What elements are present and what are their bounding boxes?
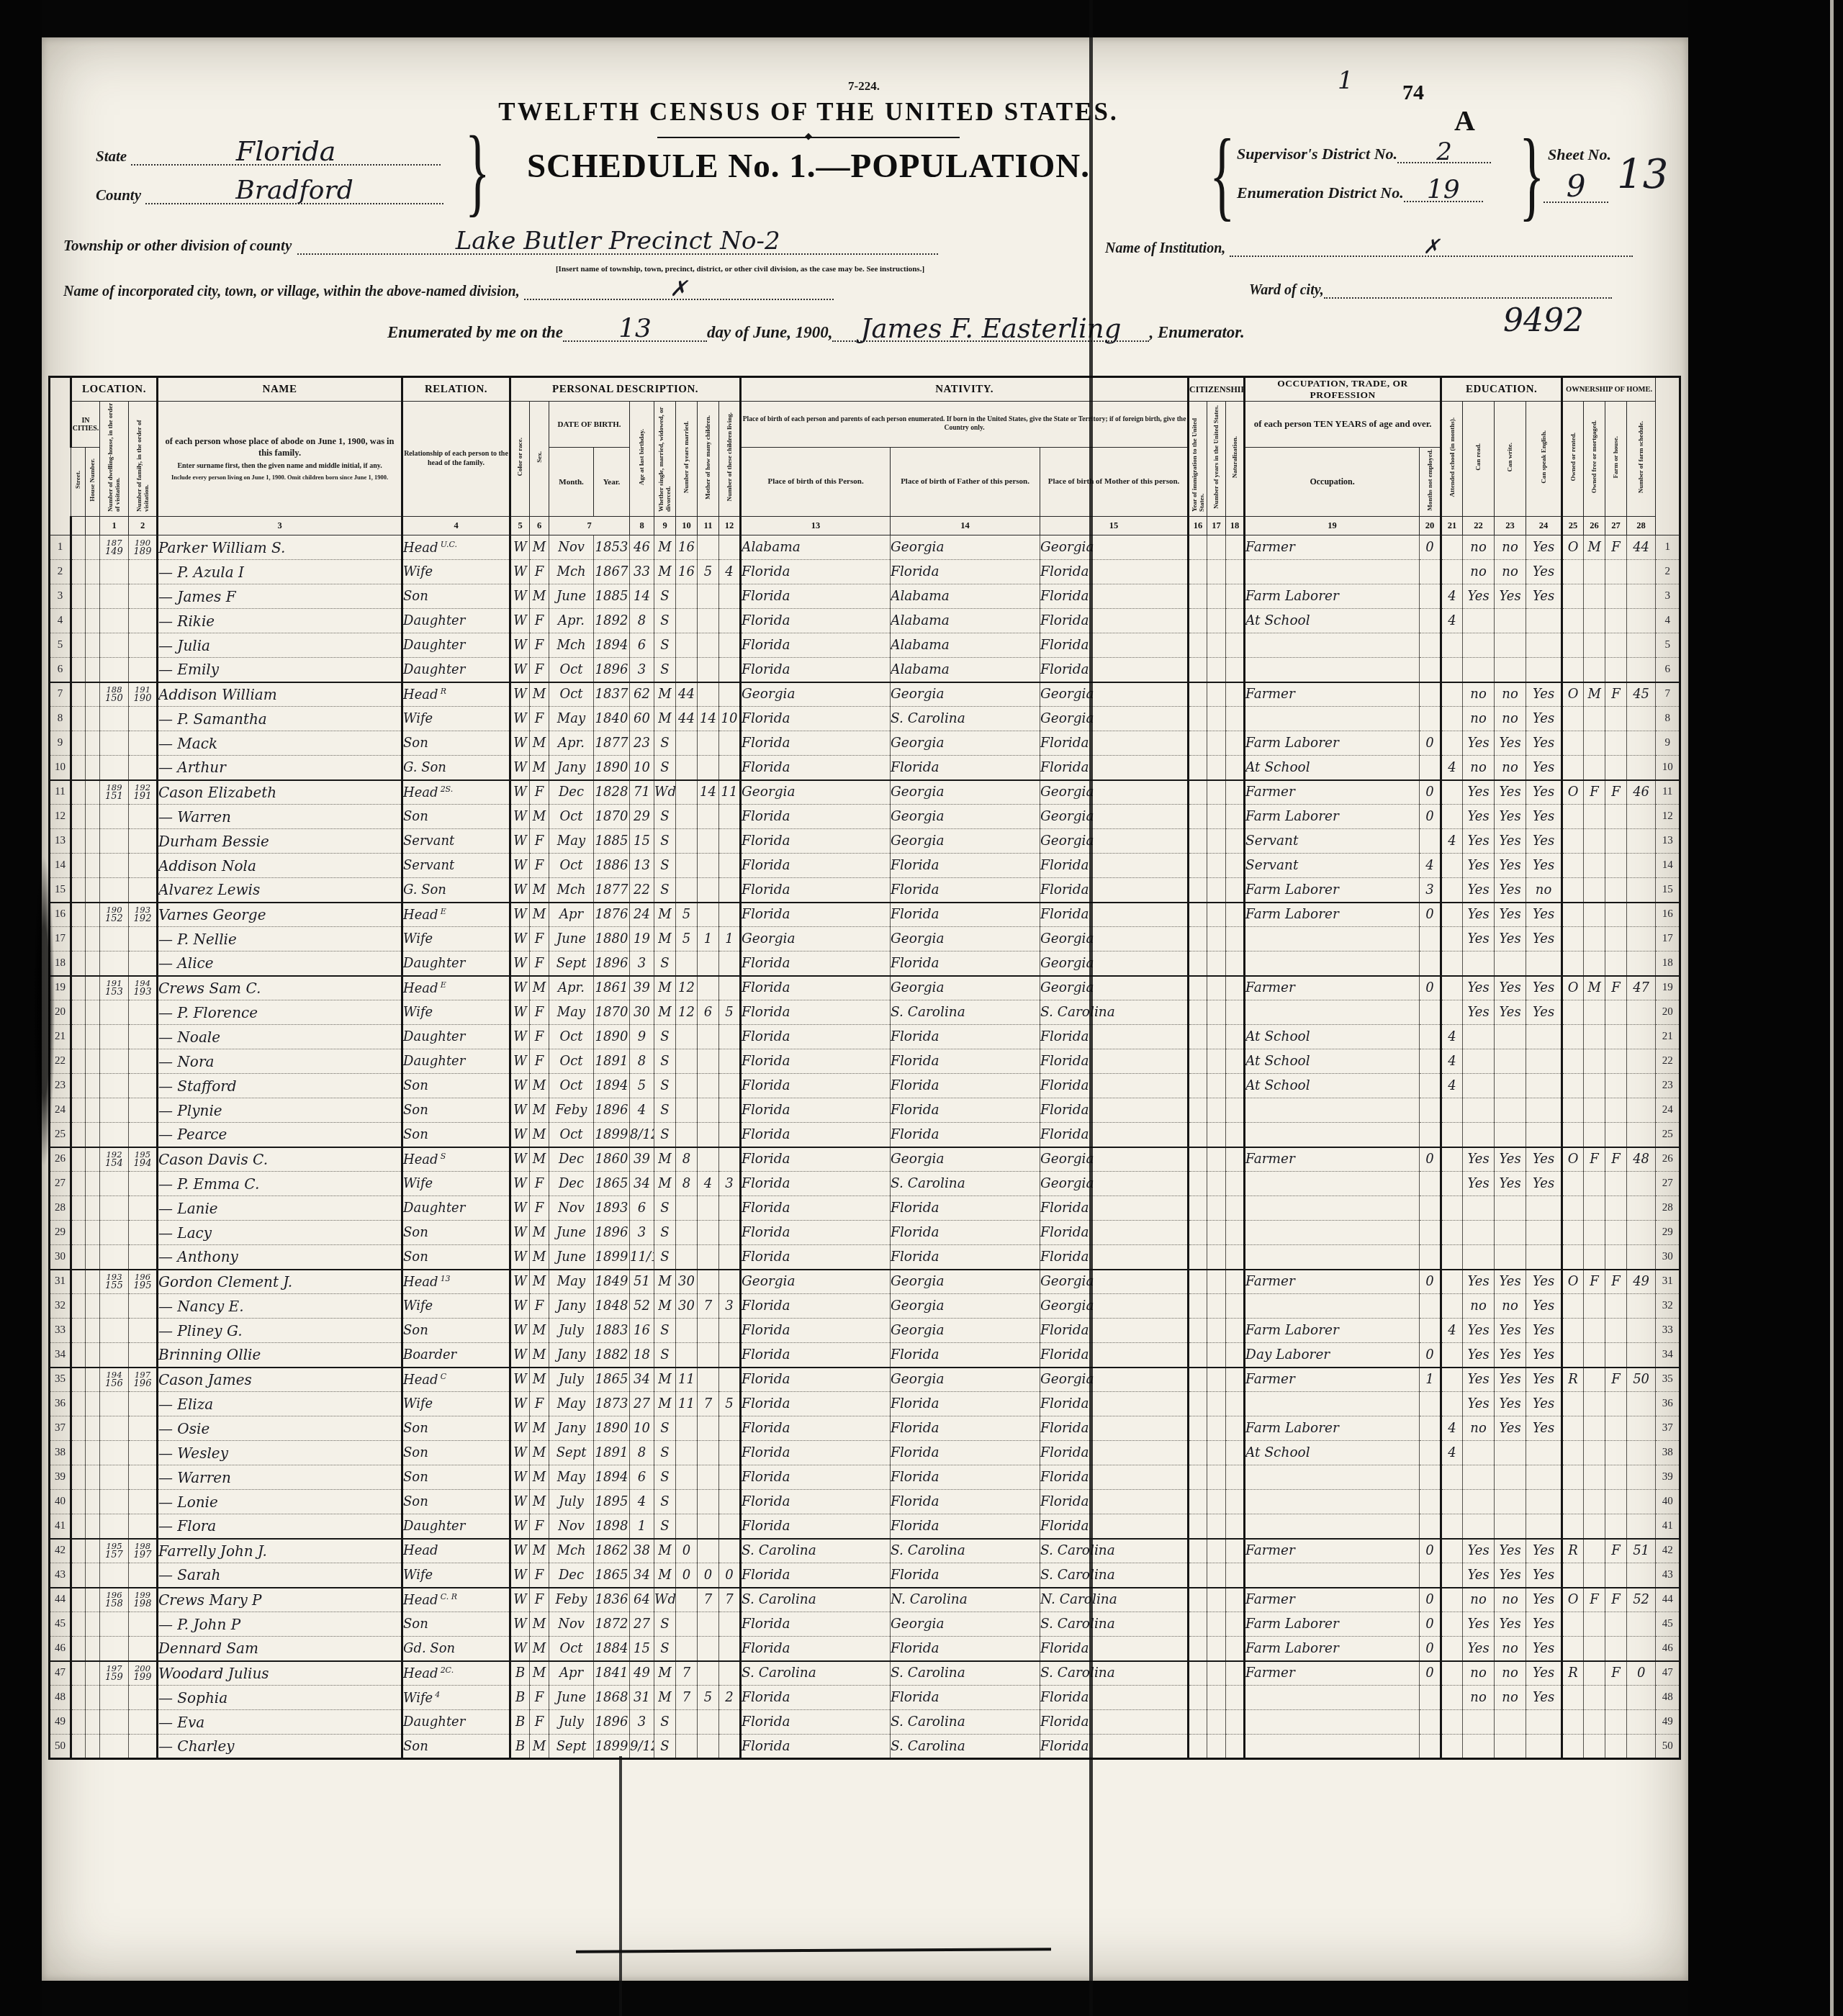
naturalization-header: Naturalization. (1226, 402, 1245, 517)
attended-school (1441, 780, 1463, 805)
farm-or-house (1605, 1319, 1627, 1343)
children-living (719, 584, 741, 609)
census-row: 41— FloraDaughterWFNov18981SFloridaFlori… (50, 1514, 1680, 1539)
farm-or-house (1605, 560, 1627, 584)
can-speak-english: Yes (1526, 780, 1562, 805)
column-number: 5 (510, 517, 530, 535)
marital-status: S (654, 1343, 676, 1368)
line-col-header-right (1656, 377, 1680, 535)
birth-year: 1896 (594, 1221, 630, 1245)
farm-schedule-number (1627, 584, 1656, 609)
census-row: 14Addison NolaServantWFOct188613SFlorida… (50, 854, 1680, 878)
can-speak-english: Yes (1526, 584, 1562, 609)
birthplace-person: Florida (741, 1686, 891, 1710)
years-in-us (1207, 878, 1226, 903)
occupation: Farm Laborer (1245, 1637, 1420, 1661)
years-in-us (1207, 1025, 1226, 1049)
birthplace-father: Florida (891, 1343, 1040, 1368)
months-not-employed: 0 (1420, 1588, 1441, 1612)
naturalization (1226, 1123, 1245, 1147)
farm-or-house (1605, 1123, 1627, 1147)
home-owned-rented (1562, 903, 1584, 927)
immigration-year (1189, 1490, 1207, 1514)
can-speak-english: Yes (1526, 707, 1562, 731)
sex: M (530, 805, 549, 829)
birthplace-mother: Florida (1040, 609, 1189, 633)
age: 11/12 (630, 1245, 654, 1270)
years-in-us (1207, 1368, 1226, 1392)
birthplace-person: Florida (741, 1563, 891, 1588)
farm-or-house (1605, 829, 1627, 854)
column-number: 11 (698, 517, 719, 535)
home-free-mortgaged (1584, 1123, 1605, 1147)
birth-year: 1884 (594, 1637, 630, 1661)
birthplace-person: Florida (741, 1735, 891, 1759)
mother-of-how-many-children (698, 1514, 719, 1539)
line-number-right: 8 (1656, 707, 1680, 731)
sheet-label: Sheet No. (1548, 145, 1611, 164)
home-owned-rented (1562, 1710, 1584, 1735)
farm-schedule-number: 47 (1627, 976, 1656, 1000)
birth-month: Oct (549, 1637, 594, 1661)
naturalization (1226, 1416, 1245, 1441)
occupation (1245, 1710, 1420, 1735)
birth-year: 1862 (594, 1539, 630, 1563)
house-number (86, 584, 100, 609)
can-read: Yes (1463, 1147, 1495, 1172)
can-write (1495, 1441, 1526, 1465)
home-owned-rented (1562, 1686, 1584, 1710)
color-race: W (510, 1416, 530, 1441)
home-free-mortgaged (1584, 1392, 1605, 1416)
line-number: 32 (50, 1294, 71, 1319)
can-read: Yes (1463, 1270, 1495, 1294)
color-race: W (510, 1000, 530, 1025)
years-married (676, 584, 698, 609)
fold-line-vertical (1089, 0, 1093, 2016)
misc-number: 9492 (1503, 302, 1584, 339)
can-write: Yes (1495, 1612, 1526, 1637)
home-owned-rented: O (1562, 682, 1584, 707)
birthplace-father: Florida (891, 1245, 1040, 1270)
months-not-employed (1420, 1416, 1441, 1441)
birthplace-person: Florida (741, 1000, 891, 1025)
home-owned-rented (1562, 1441, 1584, 1465)
line-number-right: 33 (1656, 1319, 1680, 1343)
attended-school (1441, 1490, 1463, 1514)
birth-year: 1868 (594, 1686, 630, 1710)
name: Cason Davis C. (158, 1147, 402, 1172)
immigration-year (1189, 780, 1207, 805)
color-race: W (510, 1245, 530, 1270)
census-row: 37— OsieSonWMJany189010SFloridaFloridaFl… (50, 1416, 1680, 1441)
sex: F (530, 658, 549, 682)
census-row: 50— CharleySonBMSept18999/12SFloridaS. C… (50, 1735, 1680, 1759)
color-race: W (510, 658, 530, 682)
immigration-year (1189, 731, 1207, 756)
color-race: W (510, 1539, 530, 1563)
can-read-header: Can read. (1463, 402, 1495, 517)
occupation: Farmer (1245, 535, 1420, 560)
census-row: 13Durham BessieServantWFMay188515SFlorid… (50, 829, 1680, 854)
marital-status: S (654, 1221, 676, 1245)
attended-school (1441, 1294, 1463, 1319)
relation: Son (402, 805, 510, 829)
birth-year: 1860 (594, 1147, 630, 1172)
months-not-employed (1420, 658, 1441, 682)
age: 24 (630, 903, 654, 927)
home-free-mortgaged (1584, 1514, 1605, 1539)
family-number (129, 1049, 158, 1074)
immigration-year (1189, 1196, 1207, 1221)
line-number-right: 42 (1656, 1539, 1680, 1563)
home-free-mortgaged (1584, 1735, 1605, 1759)
mother-of-how-many-children (698, 903, 719, 927)
farm-or-house (1605, 1686, 1627, 1710)
children-living (719, 903, 741, 927)
birth-month: Jany (549, 1416, 594, 1441)
name: — Julia (158, 633, 402, 658)
line-number: 5 (50, 633, 71, 658)
birthplace-mother: Florida (1040, 1465, 1189, 1490)
family-number (129, 1735, 158, 1759)
mother-of-how-many-children (698, 1612, 719, 1637)
years-married (676, 1074, 698, 1098)
years-married (676, 1514, 698, 1539)
immigration-year (1189, 658, 1207, 682)
dwelling-number: 194156 (100, 1368, 129, 1392)
naturalization (1226, 1221, 1245, 1245)
dwelling-number (100, 658, 129, 682)
can-read: Yes (1463, 829, 1495, 854)
family-number: 200199 (129, 1661, 158, 1686)
can-write: Yes (1495, 1270, 1526, 1294)
family-number (129, 1025, 158, 1049)
can-write: Yes (1495, 780, 1526, 805)
months-not-employed: 0 (1420, 731, 1441, 756)
mother-of-how-many-children (698, 1221, 719, 1245)
years-married: 44 (676, 682, 698, 707)
family-number (129, 1343, 158, 1368)
can-speak-english (1526, 1074, 1562, 1098)
farm-schedule-number (1627, 1123, 1656, 1147)
house-number-blank (86, 517, 100, 535)
street (71, 1000, 86, 1025)
birthplace-father: Florida (891, 878, 1040, 903)
enumeration-label: Enumeration District No. (1237, 184, 1404, 202)
dwelling-number (100, 952, 129, 976)
sheet-value-2: 13 (1617, 151, 1668, 198)
naturalization (1226, 1098, 1245, 1123)
birthplace-father: S. Carolina (891, 1172, 1040, 1196)
color-race: W (510, 1612, 530, 1637)
dwelling-number (100, 1000, 129, 1025)
relation: Wife (402, 1172, 510, 1196)
can-read: Yes (1463, 1343, 1495, 1368)
family-number: 199198 (129, 1588, 158, 1612)
left-brace: } (465, 116, 490, 230)
birth-year: 1890 (594, 1025, 630, 1049)
street (71, 1588, 86, 1612)
marital-status: M (654, 1563, 676, 1588)
years-married (676, 780, 698, 805)
mother-of-how-many-children (698, 1025, 719, 1049)
years-in-us (1207, 1147, 1226, 1172)
birthplace-father: Florida (891, 952, 1040, 976)
can-write (1495, 1196, 1526, 1221)
children-living (719, 1465, 741, 1490)
color-race: W (510, 1588, 530, 1612)
nativity-description: Place of birth of each person and parent… (741, 402, 1189, 448)
birth-month: June (549, 1245, 594, 1270)
farm-schedule-number (1627, 609, 1656, 633)
relation: Head (402, 1539, 510, 1563)
attended-school (1441, 1710, 1463, 1735)
attended-school (1441, 1392, 1463, 1416)
ward-value (1324, 297, 1612, 299)
years-in-us (1207, 1074, 1226, 1098)
farm-or-house (1605, 854, 1627, 878)
farm-or-house (1605, 952, 1627, 976)
dwelling-number (100, 1343, 129, 1368)
mother-of-how-many-children (698, 1465, 719, 1490)
can-write (1495, 658, 1526, 682)
district-close-brace: } (1519, 118, 1545, 235)
birth-month: Nov (549, 1196, 594, 1221)
years-in-us (1207, 1343, 1226, 1368)
relation: Daughter (402, 633, 510, 658)
name: — Sophia (158, 1686, 402, 1710)
can-read: Yes (1463, 1368, 1495, 1392)
dwelling-number: 196158 (100, 1588, 129, 1612)
street (71, 927, 86, 952)
farm-or-house (1605, 756, 1627, 780)
children-living: 7 (719, 1588, 741, 1612)
children-living (719, 1539, 741, 1563)
mother-of-how-many-children (698, 731, 719, 756)
birth-year: 1899 (594, 1735, 630, 1759)
can-speak-english (1526, 1123, 1562, 1147)
name: — P. Emma C. (158, 1172, 402, 1196)
birthplace-person: Florida (741, 1123, 891, 1147)
can-write: no (1495, 1661, 1526, 1686)
years-in-us (1207, 854, 1226, 878)
birthplace-mother: Florida (1040, 1710, 1189, 1735)
years-married: 11 (676, 1368, 698, 1392)
street (71, 707, 86, 731)
column-number: 17 (1207, 517, 1226, 535)
birth-year: 1890 (594, 756, 630, 780)
immigration-year (1189, 1245, 1207, 1270)
can-speak-english (1526, 1710, 1562, 1735)
home-free-mortgaged (1584, 1368, 1605, 1392)
children-living: 0 (719, 1563, 741, 1588)
family-number (129, 584, 158, 609)
line-number-right: 45 (1656, 1612, 1680, 1637)
line-number: 4 (50, 609, 71, 633)
farm-schedule-number: 45 (1627, 682, 1656, 707)
scan-black-right (1688, 0, 1843, 2016)
attended-school: 4 (1441, 1074, 1463, 1098)
family-number (129, 1172, 158, 1196)
line-number-right: 22 (1656, 1049, 1680, 1074)
immigration-year (1189, 927, 1207, 952)
attended-school (1441, 1465, 1463, 1490)
birthplace-mother: Florida (1040, 1025, 1189, 1049)
mother-of-how-many-children (698, 1196, 719, 1221)
years-in-us (1207, 1539, 1226, 1563)
group-ownership: OWNERSHIP OF HOME. (1562, 377, 1656, 402)
street (71, 1245, 86, 1270)
months-not-employed (1420, 1392, 1441, 1416)
months-not-employed (1420, 584, 1441, 609)
months-not-employed: 0 (1420, 1612, 1441, 1637)
children-living: 3 (719, 1172, 741, 1196)
children-living (719, 658, 741, 682)
attended-school (1441, 682, 1463, 707)
children-living (719, 756, 741, 780)
color-race: B (510, 1735, 530, 1759)
can-write (1495, 1098, 1526, 1123)
attended-school (1441, 535, 1463, 560)
name: — P. Nellie (158, 927, 402, 952)
birthplace-person: Florida (741, 1196, 891, 1221)
occupation (1245, 1221, 1420, 1245)
marital-status: S (654, 731, 676, 756)
naturalization (1226, 952, 1245, 976)
enumeration-value: 19 (1404, 180, 1483, 202)
line-number: 41 (50, 1514, 71, 1539)
state-value: Florida (131, 138, 441, 166)
color-race: W (510, 633, 530, 658)
age: 23 (630, 731, 654, 756)
sex: M (530, 1465, 549, 1490)
street (71, 1098, 86, 1123)
farm-schedule-number (1627, 1245, 1656, 1270)
immigration-year (1189, 952, 1207, 976)
line-number: 13 (50, 829, 71, 854)
street (71, 535, 86, 560)
relation: Son (402, 1441, 510, 1465)
color-race: W (510, 1465, 530, 1490)
name: — Mack (158, 731, 402, 756)
census-row: 1187149190189Parker William S.HeadU.C.WM… (50, 535, 1680, 560)
age: 30 (630, 1000, 654, 1025)
farm-schedule-number (1627, 1196, 1656, 1221)
years-married: 30 (676, 1294, 698, 1319)
house-number (86, 633, 100, 658)
family-number (129, 1245, 158, 1270)
home-owned-rented (1562, 633, 1584, 658)
birth-month: Apr. (549, 609, 594, 633)
house-number (86, 1245, 100, 1270)
relation: Daughter (402, 1025, 510, 1049)
farm-schedule-number (1627, 1563, 1656, 1588)
house-number (86, 1563, 100, 1588)
birthplace-father: Florida (891, 1049, 1040, 1074)
months-not-employed (1420, 1000, 1441, 1025)
birth-year: 1882 (594, 1343, 630, 1368)
years-married (676, 1637, 698, 1661)
age: 8 (630, 1049, 654, 1074)
stamp-mark: 1 (1338, 66, 1353, 95)
family-number (129, 560, 158, 584)
naturalization (1226, 854, 1245, 878)
can-write (1495, 1049, 1526, 1074)
mother-of-how-many-children: 14 (698, 707, 719, 731)
can-speak-english: Yes (1526, 1686, 1562, 1710)
years-married (676, 1245, 698, 1270)
house-number (86, 780, 100, 805)
dwelling-number (100, 927, 129, 952)
years-married (676, 952, 698, 976)
years-in-us (1207, 1588, 1226, 1612)
dwelling-number (100, 1098, 129, 1123)
years-in-us (1207, 560, 1226, 584)
months-not-employed (1420, 633, 1441, 658)
birth-year: 1876 (594, 903, 630, 927)
years-married: 16 (676, 535, 698, 560)
line-number-right: 48 (1656, 1686, 1680, 1710)
immigration-year (1189, 1147, 1207, 1172)
column-number: 16 (1189, 517, 1207, 535)
years-in-us (1207, 1416, 1226, 1441)
occupation (1245, 1514, 1420, 1539)
name: Durham Bessie (158, 829, 402, 854)
can-read (1463, 633, 1495, 658)
occupation (1245, 633, 1420, 658)
sex: F (530, 1710, 549, 1735)
name: — P. Samantha (158, 707, 402, 731)
months-not-employed (1420, 1123, 1441, 1147)
column-number: 20 (1420, 517, 1441, 535)
relation: Daughter (402, 609, 510, 633)
farm-schedule-number (1627, 1172, 1656, 1196)
years-in-us (1207, 633, 1226, 658)
birthplace-father: Florida (891, 1025, 1040, 1049)
column-number: 10 (676, 517, 698, 535)
farm-schedule-number (1627, 658, 1656, 682)
birth-year: 1861 (594, 976, 630, 1000)
name: Varnes George (158, 903, 402, 927)
scan-edge-sliver (1830, 0, 1834, 2016)
age: 60 (630, 707, 654, 731)
street (71, 1049, 86, 1074)
family-number (129, 1637, 158, 1661)
can-speak-english (1526, 1441, 1562, 1465)
can-read: Yes (1463, 1000, 1495, 1025)
birthplace-father: Alabama (891, 584, 1040, 609)
census-row: 25— PearceSonWMOct18998/12SFloridaFlorid… (50, 1123, 1680, 1147)
children-living (719, 1368, 741, 1392)
farm-or-house (1605, 1637, 1627, 1661)
home-free-mortgaged (1584, 756, 1605, 780)
birthplace-mother: Florida (1040, 584, 1189, 609)
years-in-us (1207, 535, 1226, 560)
naturalization (1226, 707, 1245, 731)
farm-schedule-number (1627, 1294, 1656, 1319)
can-speak-english: Yes (1526, 1270, 1562, 1294)
house-number (86, 927, 100, 952)
home-owned-rented: R (1562, 1661, 1584, 1686)
line-number-right: 44 (1656, 1588, 1680, 1612)
months-not-employed (1420, 1563, 1441, 1588)
city-row: Name of incorporated city, town, or vill… (63, 279, 834, 300)
birthplace-mother: Georgia (1040, 1294, 1189, 1319)
dwelling-number (100, 1294, 129, 1319)
occupation (1245, 560, 1420, 584)
sex: M (530, 1490, 549, 1514)
